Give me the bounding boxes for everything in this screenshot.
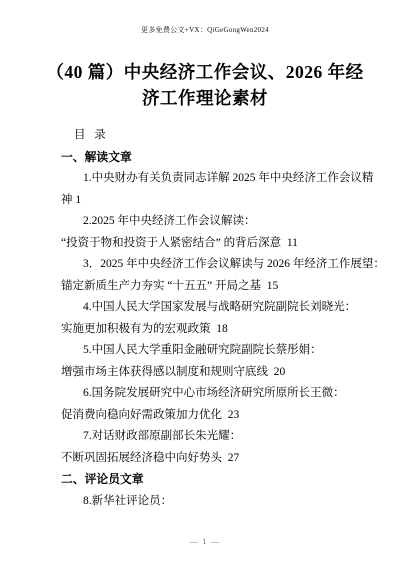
toc-entry: 8.新华社评论员： — [61, 491, 357, 513]
toc-entry: 3．2025 年中央经济工作会议解读与 2026 年经济工作展望： — [61, 254, 357, 276]
document-title-line1: （40 篇）中央经济工作会议、2026 年经 — [28, 59, 382, 85]
document-title-line2: 济工作理论素材 — [28, 85, 382, 111]
page-header-note: 更多免费公文+VX：QiGeGongWen2024 — [0, 25, 410, 35]
toc-entry-continuation: 不断巩固拓展经济稳中向好势头 27 — [61, 448, 357, 470]
toc-section-heading: 一、解读文章 — [61, 147, 357, 169]
page-number: — 1 — — [0, 536, 410, 546]
toc-entry: 5.中国人民大学重阳金融研究院副院长蔡彤娟： — [61, 340, 357, 362]
toc-entry: 2.2025 年中央经济工作会议解读： — [61, 211, 357, 233]
table-of-contents: 目 录 一、解读文章 1.中央财办有关负责同志详解 2025 年中央经济工作会议… — [61, 125, 357, 512]
toc-entry-continuation: “投资于物和投资于人紧密结合” 的背后深意 11 — [61, 233, 357, 255]
toc-entry: 1.中央财办有关负责同志详解 2025 年中央经济工作会议精 — [61, 168, 357, 190]
toc-entry-continuation: 神 1 — [61, 190, 357, 212]
toc-entry-continuation: 实施更加积极有为的宏观政策 18 — [61, 319, 357, 341]
document-page: 更多免费公文+VX：QiGeGongWen2024 （40 篇）中央经济工作会议… — [0, 0, 410, 580]
toc-entry: 4.中国人民大学国家发展与战略研究院副院长刘晓光： — [61, 297, 357, 319]
toc-entry-continuation: 促消费向稳向好需政策加力优化 23 — [61, 405, 357, 427]
document-title: （40 篇）中央经济工作会议、2026 年经 济工作理论素材 — [28, 59, 382, 111]
toc-entry: 7.对话财政部原副部长朱光耀： — [61, 426, 357, 448]
toc-section-heading: 二、评论员文章 — [61, 469, 357, 491]
toc-title: 目 录 — [61, 125, 357, 147]
toc-entry: 6.国务院发展研究中心市场经济研究所原所长王微： — [61, 383, 357, 405]
toc-entry-continuation: 增强市场主体获得感以制度和规则守底线 20 — [61, 362, 357, 384]
toc-entry-continuation: 锚定新质生产力夯实 “十五五” 开局之基 15 — [61, 276, 357, 298]
